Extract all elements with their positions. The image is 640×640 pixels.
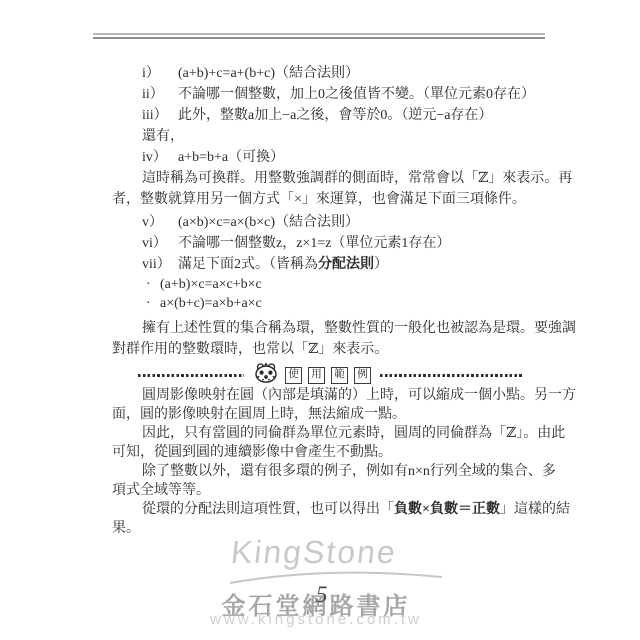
text-line: ii）不論哪一個整數，加上0之後值皆不變。（單位元素0存在） (112, 84, 534, 105)
ring-paragraph-block: 擁有上述性質的集合稱為環，整數性質的一般化也被認為是環。要強調 對群作用的整數環… (112, 318, 534, 360)
line-text: 除了整數以外，還有很多環的例子，例如有n×n行列全域的集合、多 (142, 464, 556, 479)
dotted-line (380, 374, 524, 377)
bullet-marker: · (142, 275, 160, 294)
label-char: 使 (288, 370, 299, 381)
line-text: a×(b+c)=a×b+a×c (160, 296, 262, 311)
line-text: 擁有上述性質的集合稱為環，整數性質的一般化也被認為是環。要強調 (142, 321, 576, 336)
line-text: ） (374, 257, 388, 272)
list-marker: iii） (142, 105, 178, 126)
list-marker: i） (142, 63, 178, 84)
line-text: 不論哪一個整數z，z×1=z（單位元素1存在） (178, 236, 450, 251)
usage-example-block: 圓周影像映射在圓（內部是填滿的）上時，可以縮成一個小點。另一方 面，圓的影像映射… (112, 386, 534, 538)
line-text: 不論哪一個整數，加上0之後值皆不變。（單位元素0存在） (178, 87, 535, 102)
list-marker: v） (142, 212, 178, 233)
mascot-face-icon (253, 362, 279, 389)
label-char: 例 (357, 370, 368, 381)
text-line: 這時稱為可換群。用整數強調群的側面時，常常會以「ℤ」來表示。再 (112, 168, 534, 189)
bullet-marker: · (142, 294, 160, 313)
text-line: 對群作用的整數環時，也常以「ℤ」來表示。 (112, 339, 534, 360)
text-line: 擁有上述性質的集合稱為環，整數性質的一般化也被認為是環。要強調 (112, 318, 534, 339)
line-text: 面，圓的影像映射在圓周上時，無法縮成一點。 (112, 407, 406, 422)
text-line: 可知，從圓到圓的連續影像中會產生不動點。 (112, 443, 534, 462)
text-line: v）(a×b)×c=a×(b×c)（結合法則） (112, 212, 534, 233)
bold-term: 負數×負數＝正數 (394, 502, 500, 517)
label-box-3: 範 (331, 367, 348, 384)
header-rule (93, 33, 545, 39)
list-marker: vi） (142, 233, 178, 254)
line-text: 可知，從圓到圓的連續影像中會產生不動點。 (112, 445, 392, 460)
text-line: i）(a+b)+c=a+(b+c)（結合法則） (112, 63, 534, 84)
text-line: 面，圓的影像映射在圓周上時，無法縮成一點。 (112, 405, 534, 424)
label-char: 用 (311, 370, 322, 381)
text-line: 圓周影像映射在圓（內部是填滿的）上時，可以縮成一個小點。另一方 (112, 386, 534, 405)
text-line: vi）不論哪一個整數z，z×1=z（單位元素1存在） (112, 233, 534, 254)
list-marker: iv） (142, 147, 178, 168)
header-rule-light-line (93, 33, 545, 35)
line-text: 對群作用的整數環時，也常以「ℤ」來表示。 (112, 342, 388, 357)
text-line: iv）a+b=b+a（可換） (112, 147, 534, 168)
line-text: a+b=b+a（可換） (178, 150, 284, 165)
text-line: iii）此外，整數a加上−a之後，會等於0。（逆元−a存在） (112, 105, 534, 126)
line-text: 因此，只有當圓的同倫群為單位元素時，圓周的同倫群為「ℤ」。由此 (142, 426, 565, 441)
line-text: 滿足下面2式。（皆稱為 (178, 257, 318, 272)
line-text: (a×b)×c=a×(b×c)（結合法則） (178, 215, 359, 230)
text-line: 者，整數就算用另一個方式「×」來運算，也會滿足下面三項條件。 (112, 189, 534, 210)
multiplication-rules-block: v）(a×b)×c=a×(b×c)（結合法則） vi）不論哪一個整數z，z×1=… (112, 212, 534, 313)
label-char: 範 (334, 370, 345, 381)
line-text: 者，整數就算用另一個方式「×」來運算，也會滿足下面三項條件。 (112, 192, 526, 207)
addition-rules-block: i）(a+b)+c=a+(b+c)（結合法則） ii）不論哪一個整數，加上0之後… (112, 63, 534, 210)
line-text: 從環的分配法則這項性質，也可以得出「 (142, 502, 394, 517)
formula-line: ·a×(b+c)=a×b+a×c (112, 294, 534, 313)
formula-line: ·(a+b)×c=a×c+b×c (112, 275, 534, 294)
line-text: (a+b)×c=a×c+b×c (160, 277, 262, 292)
line-text: 」這樣的結 (500, 502, 570, 517)
kingstone-logo-watermark: KingStone (0, 534, 636, 571)
store-url-watermark: www.kingstone.com.tw (0, 611, 636, 628)
line-text: 圓周影像映射在圓（內部是填滿的）上時，可以縮成一個小點。另一方 (142, 388, 576, 403)
usage-example-divider: 使 用 範 例 (112, 363, 534, 387)
label-box-1: 使 (285, 367, 302, 384)
book-page: { "doc": { "lines": { "a1": {"n": "i）", … (0, 0, 640, 640)
line-text: 此外，整數a加上−a之後，會等於0。（逆元−a存在） (178, 108, 492, 123)
line-text: 這時稱為可換群。用整數強調群的側面時，常常會以「ℤ」來表示。再 (142, 171, 572, 186)
text-line: 因此，只有當圓的同倫群為單位元素時，圓周的同倫群為「ℤ」。由此 (112, 424, 534, 443)
text-line: 除了整數以外，還有很多環的例子，例如有n×n行列全域的集合、多 (112, 462, 534, 481)
dotted-line (138, 374, 244, 377)
line-text: 項式全域等等。 (112, 483, 210, 498)
text-line: 從環的分配法則這項性質，也可以得出「負數×負數＝正數」這樣的結 (112, 500, 534, 519)
bold-term: 分配法則 (318, 257, 374, 272)
text-line: vii）滿足下面2式。（皆稱為分配法則） (112, 254, 534, 275)
text-line: 項式全域等等。 (112, 481, 534, 500)
page-number-mark: 5 (316, 582, 328, 608)
text-line: 還有， (112, 126, 534, 147)
header-rule-dark-line (93, 37, 545, 39)
line-text: 還有， (142, 129, 184, 144)
line-text: (a+b)+c=a+(b+c)（結合法則） (178, 66, 359, 81)
list-marker: vii） (142, 254, 178, 275)
label-box-2: 用 (308, 367, 325, 384)
label-box-4: 例 (354, 367, 371, 384)
list-marker: ii） (142, 84, 178, 105)
